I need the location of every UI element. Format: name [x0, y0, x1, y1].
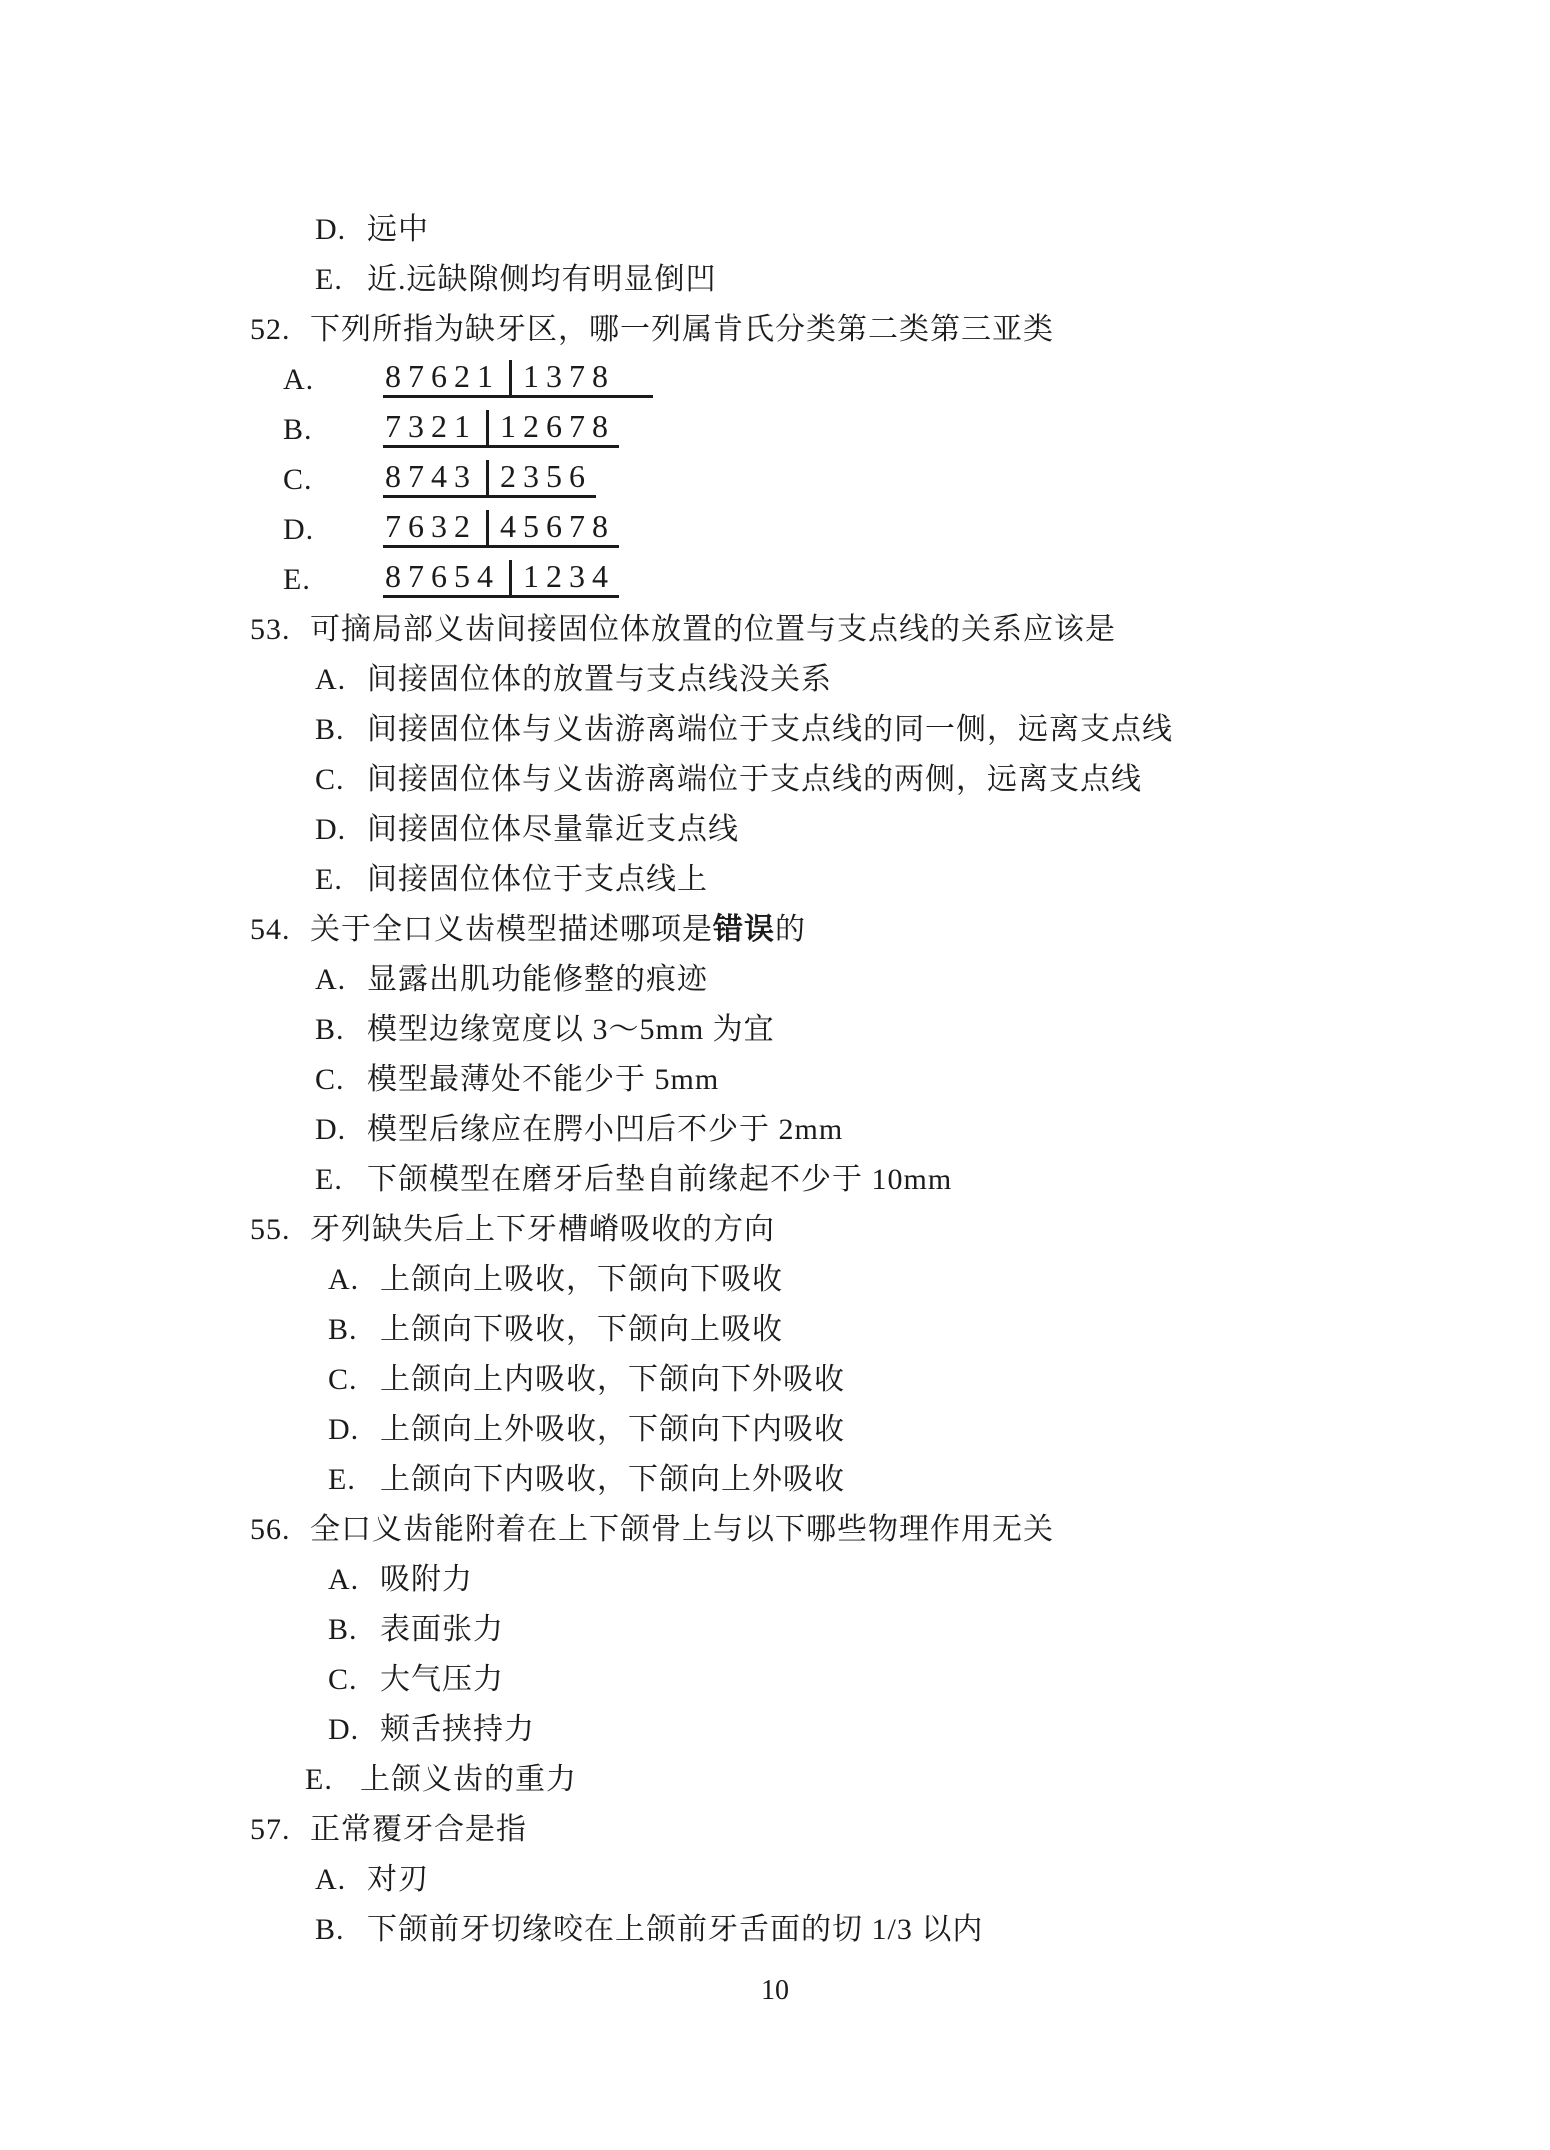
option-text: 大气压力: [380, 1660, 504, 1700]
question-number: 56.: [250, 1510, 310, 1550]
option-text-segment: 下颌模型在磨牙后垫自前缘起不少于 10mm: [367, 1163, 952, 1196]
option-text: 模型后缘应在腭小凹后不少于 2mm: [367, 1110, 843, 1150]
option-line: E.上颌义齿的重力: [0, 1760, 1550, 1810]
dental-right-group: 1378: [512, 360, 653, 398]
dental-right-group: 1234: [512, 560, 619, 598]
option-letter: B.: [328, 1310, 380, 1350]
option-line: E.间接固位体位于支点线上: [0, 860, 1550, 910]
question-text-segment-bold: 错误: [713, 913, 775, 946]
dental-option-line: A.876211378: [0, 360, 1550, 410]
option-text: 近.远缺隙侧均有明显倒凹: [367, 260, 717, 300]
option-line: E.近.远缺隙侧均有明显倒凹: [0, 260, 1550, 310]
option-letter: A.: [328, 1260, 380, 1300]
question-text: 牙列缺失后上下牙槽嵴吸收的方向: [310, 1210, 775, 1250]
option-line: A.显露出肌功能修整的痕迹: [0, 960, 1550, 1010]
dental-notation: 732112678: [383, 410, 619, 448]
option-line: C.大气压力: [0, 1660, 1550, 1710]
option-text: 上颌向下吸收，下颌向上吸收: [380, 1310, 783, 1350]
option-letter: A.: [315, 1860, 367, 1900]
option-letter: A.: [315, 960, 367, 1000]
option-text-segment: 模型边缘宽度以 3～5mm 为宜: [367, 1013, 775, 1046]
option-text-segment: 上颌向上外吸收，下颌向下内吸收: [380, 1413, 845, 1446]
option-text-segment: 下颌前牙切缘咬在上颌前牙舌面的切 1/3 以内: [367, 1913, 983, 1946]
dental-left-group: 7321: [383, 410, 486, 448]
question-text-segment: 牙列缺失后上下牙槽嵴吸收的方向: [310, 1213, 775, 1246]
option-letter: D.: [283, 510, 383, 550]
option-text-segment: 显露出肌功能修整的痕迹: [367, 963, 708, 996]
option-text-segment: 吸附力: [380, 1563, 473, 1596]
option-line: C.上颌向上内吸收，下颌向下外吸收: [0, 1360, 1550, 1410]
option-text: 间接固位体的放置与支点线没关系: [367, 660, 832, 700]
option-text: 上颌向下内吸收，下颌向上外吸收: [380, 1460, 845, 1500]
option-text: 表面张力: [380, 1610, 504, 1650]
option-text-segment: 上颌向下内吸收，下颌向上外吸收: [380, 1463, 845, 1496]
option-text-segment: 颊舌挟持力: [380, 1713, 535, 1746]
question-text-segment: 的: [775, 913, 806, 946]
option-line: B.模型边缘宽度以 3～5mm 为宜: [0, 1010, 1550, 1060]
option-text: 下颌前牙切缘咬在上颌前牙舌面的切 1/3 以内: [367, 1910, 983, 1950]
option-text: 上颌向上内吸收，下颌向下外吸收: [380, 1360, 845, 1400]
option-letter: A.: [283, 360, 383, 400]
option-text: 上颌义齿的重力: [360, 1760, 577, 1800]
option-text: 上颌向上吸收，下颌向下吸收: [380, 1260, 783, 1300]
page-number: 10: [0, 1975, 1550, 2007]
option-text: 间接固位体位于支点线上: [367, 860, 708, 900]
option-letter: C.: [283, 460, 383, 500]
option-letter: B.: [315, 1010, 367, 1050]
option-text-segment: 近.远缺隙侧均有明显倒凹: [367, 263, 717, 296]
option-letter: C.: [315, 760, 367, 800]
option-line: B.表面张力: [0, 1610, 1550, 1660]
question-text-segment: 可摘局部义齿间接固位体放置的位置与支点线的关系应该是: [310, 613, 1116, 646]
dental-option-line: C.87432356: [0, 460, 1550, 510]
option-letter: E.: [305, 1760, 360, 1800]
dental-notation: 87432356: [383, 460, 596, 498]
option-line: A.上颌向上吸收，下颌向下吸收: [0, 1260, 1550, 1310]
option-letter: B.: [315, 1910, 367, 1950]
option-letter: B.: [283, 410, 383, 450]
question-number: 52.: [250, 310, 310, 350]
question-text: 可摘局部义齿间接固位体放置的位置与支点线的关系应该是: [310, 610, 1116, 650]
question-line: 56.全口义齿能附着在上下颌骨上与以下哪些物理作用无关: [0, 1510, 1550, 1560]
option-letter: D.: [315, 1110, 367, 1150]
option-text: 间接固位体与义齿游离端位于支点线的同一侧，远离支点线: [367, 710, 1173, 750]
option-text: 颊舌挟持力: [380, 1710, 535, 1750]
question-line: 54.关于全口义齿模型描述哪项是错误的: [0, 910, 1550, 960]
option-line: C.间接固位体与义齿游离端位于支点线的两侧，远离支点线: [0, 760, 1550, 810]
dental-option-line: E.876541234: [0, 560, 1550, 610]
option-text: 下颌模型在磨牙后垫自前缘起不少于 10mm: [367, 1160, 952, 1200]
dental-left-group: 8743: [383, 460, 486, 498]
option-line: B.下颌前牙切缘咬在上颌前牙舌面的切 1/3 以内: [0, 1910, 1550, 1960]
option-text: 吸附力: [380, 1560, 473, 1600]
option-text-segment: 间接固位体与义齿游离端位于支点线的同一侧，远离支点线: [367, 713, 1173, 746]
option-letter: C.: [315, 1060, 367, 1100]
option-text-segment: 模型最薄处不能少于 5mm: [367, 1063, 719, 1096]
option-letter: D.: [328, 1710, 380, 1750]
option-line: B.间接固位体与义齿游离端位于支点线的同一侧，远离支点线: [0, 710, 1550, 760]
option-text-segment: 表面张力: [380, 1613, 504, 1646]
dental-left-group: 7632: [383, 510, 486, 548]
option-line: A.间接固位体的放置与支点线没关系: [0, 660, 1550, 710]
option-text-segment: 对刃: [367, 1863, 429, 1896]
option-text: 间接固位体尽量靠近支点线: [367, 810, 739, 850]
option-letter: C.: [328, 1360, 380, 1400]
option-text-segment: 上颌向下吸收，下颌向上吸收: [380, 1313, 783, 1346]
question-text-segment: 正常覆牙合是指: [310, 1813, 527, 1846]
option-letter: E.: [328, 1460, 380, 1500]
option-text-segment: 上颌向上内吸收，下颌向下外吸收: [380, 1363, 845, 1396]
option-line: A.吸附力: [0, 1560, 1550, 1610]
option-line: C.模型最薄处不能少于 5mm: [0, 1060, 1550, 1110]
option-letter: B.: [315, 710, 367, 750]
question-text: 正常覆牙合是指: [310, 1810, 527, 1850]
question-line: 52.下列所指为缺牙区，哪一列属肯氏分类第二类第三亚类: [0, 310, 1550, 360]
question-line: 55.牙列缺失后上下牙槽嵴吸收的方向: [0, 1210, 1550, 1260]
option-letter: A.: [328, 1560, 380, 1600]
option-text: 远中: [367, 210, 429, 250]
option-text-segment: 大气压力: [380, 1663, 504, 1696]
option-line: D.间接固位体尽量靠近支点线: [0, 810, 1550, 860]
question-number: 53.: [250, 610, 310, 650]
dental-notation: 763245678: [383, 510, 619, 548]
option-line: E.下颌模型在磨牙后垫自前缘起不少于 10mm: [0, 1160, 1550, 1210]
option-letter: D.: [315, 210, 367, 250]
document-lines: D.远中E.近.远缺隙侧均有明显倒凹52.下列所指为缺牙区，哪一列属肯氏分类第二…: [0, 210, 1550, 1960]
question-line: 53.可摘局部义齿间接固位体放置的位置与支点线的关系应该是: [0, 610, 1550, 660]
document-page: D.远中E.近.远缺隙侧均有明显倒凹52.下列所指为缺牙区，哪一列属肯氏分类第二…: [0, 0, 1550, 2150]
question-number: 55.: [250, 1210, 310, 1250]
option-text-segment: 间接固位体与义齿游离端位于支点线的两侧，远离支点线: [367, 763, 1142, 796]
option-letter: E.: [283, 560, 383, 600]
dental-left-group: 87654: [383, 560, 509, 598]
question-line: 57.正常覆牙合是指: [0, 1810, 1550, 1860]
option-line: E.上颌向下内吸收，下颌向上外吸收: [0, 1460, 1550, 1510]
dental-notation: 876211378: [383, 360, 653, 398]
dental-option-line: D.763245678: [0, 510, 1550, 560]
option-letter: D.: [328, 1410, 380, 1450]
option-text: 模型最薄处不能少于 5mm: [367, 1060, 719, 1100]
option-letter: E.: [315, 1160, 367, 1200]
option-text: 间接固位体与义齿游离端位于支点线的两侧，远离支点线: [367, 760, 1142, 800]
option-text-segment: 模型后缘应在腭小凹后不少于 2mm: [367, 1113, 843, 1146]
dental-right-group: 2356: [489, 460, 596, 498]
option-text: 显露出肌功能修整的痕迹: [367, 960, 708, 1000]
option-letter: B.: [328, 1610, 380, 1650]
dental-left-group: 87621: [383, 360, 509, 398]
option-line: D.模型后缘应在腭小凹后不少于 2mm: [0, 1110, 1550, 1160]
option-letter: A.: [315, 660, 367, 700]
question-text: 下列所指为缺牙区，哪一列属肯氏分类第二类第三亚类: [310, 310, 1054, 350]
dental-option-line: B.732112678: [0, 410, 1550, 460]
option-text-segment: 远中: [367, 213, 429, 246]
option-line: B.上颌向下吸收，下颌向上吸收: [0, 1310, 1550, 1360]
question-number: 54.: [250, 910, 310, 950]
dental-right-group: 12678: [489, 410, 619, 448]
question-text-segment: 下列所指为缺牙区，哪一列属肯氏分类第二类第三亚类: [310, 313, 1054, 346]
option-line: A.对刃: [0, 1860, 1550, 1910]
question-text: 关于全口义齿模型描述哪项是错误的: [310, 910, 806, 950]
option-letter: D.: [315, 810, 367, 850]
option-text-segment: 上颌义齿的重力: [360, 1763, 577, 1796]
option-text: 模型边缘宽度以 3～5mm 为宜: [367, 1010, 775, 1050]
question-number: 57.: [250, 1810, 310, 1850]
option-line: D.远中: [0, 210, 1550, 260]
option-text: 上颌向上外吸收，下颌向下内吸收: [380, 1410, 845, 1450]
option-text-segment: 间接固位体的放置与支点线没关系: [367, 663, 832, 696]
option-letter: E.: [315, 860, 367, 900]
option-text: 对刃: [367, 1860, 429, 1900]
dental-notation: 876541234: [383, 560, 619, 598]
question-text-segment: 全口义齿能附着在上下颌骨上与以下哪些物理作用无关: [310, 1513, 1054, 1546]
option-text-segment: 间接固位体位于支点线上: [367, 863, 708, 896]
question-text: 全口义齿能附着在上下颌骨上与以下哪些物理作用无关: [310, 1510, 1054, 1550]
option-letter: C.: [328, 1660, 380, 1700]
option-text-segment: 间接固位体尽量靠近支点线: [367, 813, 739, 846]
option-line: D.上颌向上外吸收，下颌向下内吸收: [0, 1410, 1550, 1460]
option-text-segment: 上颌向上吸收，下颌向下吸收: [380, 1263, 783, 1296]
dental-right-group: 45678: [489, 510, 619, 548]
question-text-segment: 关于全口义齿模型描述哪项是: [310, 913, 713, 946]
option-line: D.颊舌挟持力: [0, 1710, 1550, 1760]
option-letter: E.: [315, 260, 367, 300]
